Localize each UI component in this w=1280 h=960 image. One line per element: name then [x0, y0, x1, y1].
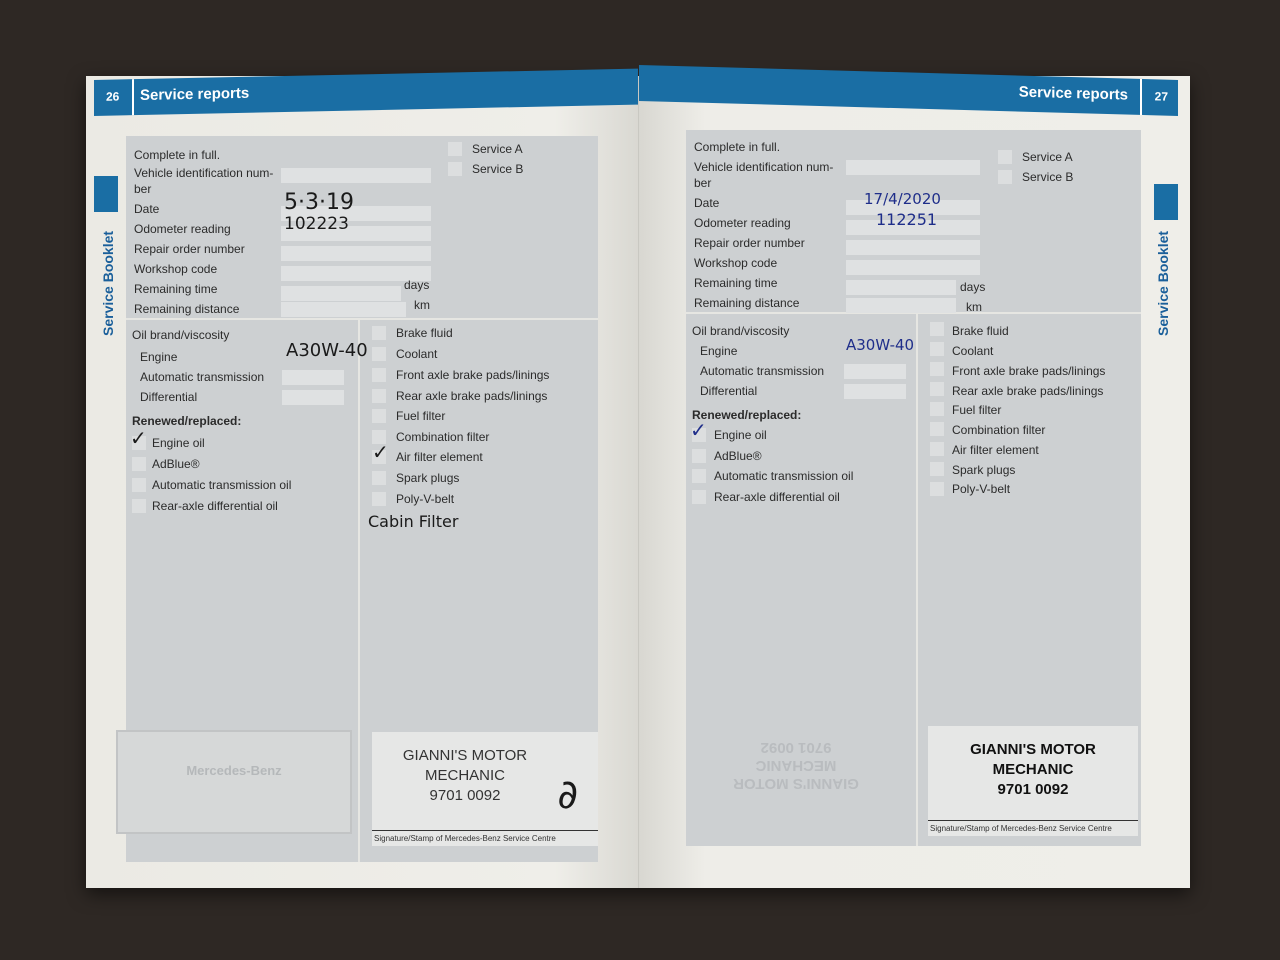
renewed-item: AdBlue®: [714, 449, 762, 463]
auto-trans-label: Automatic transmission: [140, 370, 264, 384]
service-a-label: Service A: [1022, 150, 1073, 164]
page-26: 26 Service reports Service Booklet Compl…: [86, 76, 639, 888]
stamp-line: MECHANIC: [372, 766, 558, 786]
component-item: Rear axle brake pads/linings: [952, 384, 1103, 398]
auto-trans-field[interactable]: [282, 370, 344, 385]
header-divider: [1140, 79, 1142, 115]
adblue-checkbox[interactable]: [692, 449, 706, 463]
differential-field[interactable]: [844, 384, 906, 399]
stamp-line: MECHANIC: [928, 760, 1138, 780]
handwritten-odometer: 102223: [284, 214, 349, 234]
service-b-label: Service B: [472, 162, 523, 176]
component-item: Combination filter: [396, 430, 489, 444]
remaining-time-field[interactable]: [846, 280, 956, 295]
remaining-distance-label: Remaining distance: [694, 296, 799, 310]
page-title: Service reports: [1019, 84, 1128, 104]
poly-v-belt-checkbox[interactable]: [372, 492, 386, 506]
header-divider: [132, 79, 134, 115]
component-item: Coolant: [952, 344, 993, 358]
remaining-distance-field[interactable]: [281, 302, 406, 317]
front-brake-pads-checkbox[interactable]: [372, 368, 386, 382]
service-a-checkbox[interactable]: [448, 142, 462, 156]
renewed-item: Engine oil: [152, 436, 205, 450]
vin-label: Vehicle identification num-: [134, 166, 273, 180]
odometer-label: Odometer reading: [694, 216, 791, 230]
signature-scribble: ∂: [557, 772, 578, 818]
auto-trans-field[interactable]: [844, 364, 906, 379]
spark-plugs-checkbox[interactable]: [930, 462, 944, 476]
component-item: Front axle brake pads/linings: [396, 368, 549, 382]
stamp-line: 9701 0092: [372, 786, 558, 806]
service-report-form: Complete in full. Vehicle identification…: [686, 130, 1141, 846]
handwritten-date: 5·3·19: [284, 190, 354, 215]
handwritten-odometer: 112251: [876, 210, 937, 229]
vehicle-info-section: Complete in full. Vehicle identification…: [126, 136, 598, 320]
oil-brand-label: Oil brand/viscosity: [692, 324, 789, 338]
renewed-item: Rear-axle differential oil: [152, 499, 278, 513]
differential-field[interactable]: [282, 390, 344, 405]
repair-order-field[interactable]: [846, 240, 980, 255]
days-unit: days: [960, 280, 985, 294]
repair-order-label: Repair order number: [694, 236, 805, 250]
stamp-line: GIANNI'S MOTOR: [928, 740, 1138, 760]
signature-caption: Signature/Stamp of Mercedes-Benz Service…: [930, 824, 1112, 833]
renewed-item: Automatic transmission oil: [152, 478, 291, 492]
ghost-stamp-text: GIANNI'S MOTOR MECHANIC 9701 0092: [706, 738, 886, 792]
vin-field[interactable]: [846, 160, 980, 175]
remaining-time-label: Remaining time: [134, 282, 217, 296]
components-section: Brake fluid Coolant Front axle brake pad…: [360, 320, 598, 862]
ghost-line: MECHANIC: [706, 756, 886, 774]
rear-brake-pads-checkbox[interactable]: [372, 389, 386, 403]
oil-section: Oil brand/viscosity Engine A30W-40 Autom…: [686, 314, 918, 846]
repair-order-field[interactable]: [281, 246, 431, 261]
side-tab-marker: [94, 176, 118, 212]
component-item: Combination filter: [952, 423, 1045, 437]
fuel-filter-checkbox[interactable]: [372, 409, 386, 423]
checkmark-icon: ✓: [130, 426, 147, 451]
complete-in-full-label: Complete in full.: [134, 148, 220, 162]
vehicle-info-section: Complete in full. Vehicle identification…: [686, 130, 1141, 314]
faded-stamp-text: Mercedes-Benz: [118, 762, 350, 780]
vin-label-cont: ber: [134, 182, 151, 196]
service-b-label: Service B: [1022, 170, 1073, 184]
checkmark-icon: ✓: [690, 418, 707, 443]
workshop-stamp: GIANNI'S MOTOR MECHANIC 9701 0092 ∂ Sign…: [372, 732, 598, 846]
workshop-code-label: Workshop code: [694, 256, 777, 270]
days-unit: days: [404, 278, 429, 292]
renewed-item: Engine oil: [714, 428, 767, 442]
service-a-label: Service A: [472, 142, 523, 156]
page-header: 26 Service reports: [94, 69, 638, 116]
remaining-time-field[interactable]: [281, 286, 401, 301]
rear-diff-oil-checkbox[interactable]: [132, 499, 146, 513]
auto-trans-label: Automatic transmission: [700, 364, 824, 378]
page-title: Service reports: [140, 85, 249, 104]
vin-label-cont: ber: [694, 176, 711, 190]
adblue-checkbox[interactable]: [132, 457, 146, 471]
engine-oil-label: Engine: [700, 344, 737, 358]
page-number: 27: [1155, 89, 1168, 103]
renewed-item: Rear-axle differential oil: [714, 490, 840, 504]
poly-v-belt-checkbox[interactable]: [930, 482, 944, 496]
signature-line: [372, 830, 598, 831]
checkmark-icon: ✓: [372, 440, 389, 465]
complete-in-full-label: Complete in full.: [694, 140, 780, 154]
repair-order-label: Repair order number: [134, 242, 245, 256]
service-b-checkbox[interactable]: [448, 162, 462, 176]
page-number: 26: [106, 89, 119, 103]
signature-caption: Signature/Stamp of Mercedes-Benz Service…: [374, 834, 556, 843]
component-item: Front axle brake pads/linings: [952, 364, 1105, 378]
component-item: Spark plugs: [396, 471, 459, 485]
stamp-text: GIANNI'S MOTOR MECHANIC 9701 0092: [372, 746, 558, 806]
component-item: Poly-V-belt: [952, 482, 1010, 496]
engine-oil-label: Engine: [140, 350, 177, 364]
coolant-checkbox[interactable]: [372, 347, 386, 361]
service-report-form: Complete in full. Vehicle identification…: [126, 136, 598, 862]
ghost-line: 9701 0092: [706, 738, 886, 756]
differential-label: Differential: [700, 384, 757, 398]
signature-line: [928, 820, 1138, 821]
workshop-code-field[interactable]: [846, 260, 980, 275]
date-label: Date: [134, 202, 159, 216]
fuel-filter-checkbox[interactable]: [930, 402, 944, 416]
stamp-text: GIANNI'S MOTOR MECHANIC 9701 0092: [928, 740, 1138, 800]
brake-fluid-checkbox[interactable]: [930, 322, 944, 336]
page-27: Service reports 27 Service Booklet Compl…: [639, 76, 1190, 888]
faded-dealer-stamp: Mercedes-Benz: [116, 730, 352, 834]
odometer-label: Odometer reading: [134, 222, 231, 236]
side-tab-label: Service Booklet: [1155, 231, 1171, 336]
oil-brand-label: Oil brand/viscosity: [132, 328, 229, 342]
workshop-code-label: Workshop code: [134, 262, 217, 276]
component-item: Rear axle brake pads/linings: [396, 389, 547, 403]
component-item: Poly-V-belt: [396, 492, 454, 506]
component-item: Brake fluid: [396, 326, 453, 340]
coolant-checkbox[interactable]: [930, 342, 944, 356]
workshop-stamp: GIANNI'S MOTOR MECHANIC 9701 0092 Signat…: [928, 726, 1138, 836]
component-item: Fuel filter: [952, 403, 1001, 417]
km-unit: km: [966, 300, 982, 314]
component-item: Spark plugs: [952, 463, 1015, 477]
service-b-checkbox[interactable]: [998, 170, 1012, 184]
component-item: Air filter element: [396, 450, 483, 464]
handwritten-note: Cabin Filter: [368, 512, 458, 531]
vin-field[interactable]: [281, 168, 431, 183]
date-label: Date: [694, 196, 719, 210]
stamp-line: 9701 0092: [928, 780, 1138, 800]
component-item: Fuel filter: [396, 409, 445, 423]
components-section: Brake fluid Coolant Front axle brake pad…: [918, 314, 1141, 846]
vin-label: Vehicle identification num-: [694, 160, 833, 174]
air-filter-checkbox[interactable]: [930, 442, 944, 456]
handwritten-engine-oil: A30W-40: [286, 340, 368, 361]
handwritten-engine-oil: A30W-40: [846, 336, 914, 354]
spark-plugs-checkbox[interactable]: [372, 471, 386, 485]
component-item: Air filter element: [952, 443, 1039, 457]
rear-diff-oil-checkbox[interactable]: [692, 490, 706, 504]
brake-fluid-checkbox[interactable]: [372, 326, 386, 340]
handwritten-date: 17/4/2020: [864, 190, 941, 208]
auto-trans-oil-checkbox[interactable]: [692, 469, 706, 483]
side-tab-marker: [1154, 184, 1178, 220]
front-brake-pads-checkbox[interactable]: [930, 362, 944, 376]
remaining-distance-field[interactable]: [846, 298, 956, 313]
renewed-heading: Renewed/replaced:: [692, 408, 801, 422]
renewed-item: Automatic transmission oil: [714, 469, 853, 483]
component-item: Coolant: [396, 347, 437, 361]
service-a-checkbox[interactable]: [998, 150, 1012, 164]
component-item: Brake fluid: [952, 324, 1009, 338]
renewed-item: AdBlue®: [152, 457, 200, 471]
page-header: Service reports 27: [639, 65, 1178, 116]
km-unit: km: [414, 298, 430, 312]
renewed-heading: Renewed/replaced:: [132, 414, 241, 428]
combination-filter-checkbox[interactable]: [930, 422, 944, 436]
auto-trans-oil-checkbox[interactable]: [132, 478, 146, 492]
differential-label: Differential: [140, 390, 197, 404]
ghost-line: GIANNI'S MOTOR: [706, 774, 886, 792]
remaining-distance-label: Remaining distance: [134, 302, 239, 316]
service-booklet: 26 Service reports Service Booklet Compl…: [86, 76, 1190, 888]
stamp-line: GIANNI'S MOTOR: [372, 746, 558, 766]
remaining-time-label: Remaining time: [694, 276, 777, 290]
rear-brake-pads-checkbox[interactable]: [930, 382, 944, 396]
side-tab-label: Service Booklet: [100, 231, 116, 336]
oil-section: Oil brand/viscosity Engine A30W-40 Autom…: [126, 320, 360, 862]
